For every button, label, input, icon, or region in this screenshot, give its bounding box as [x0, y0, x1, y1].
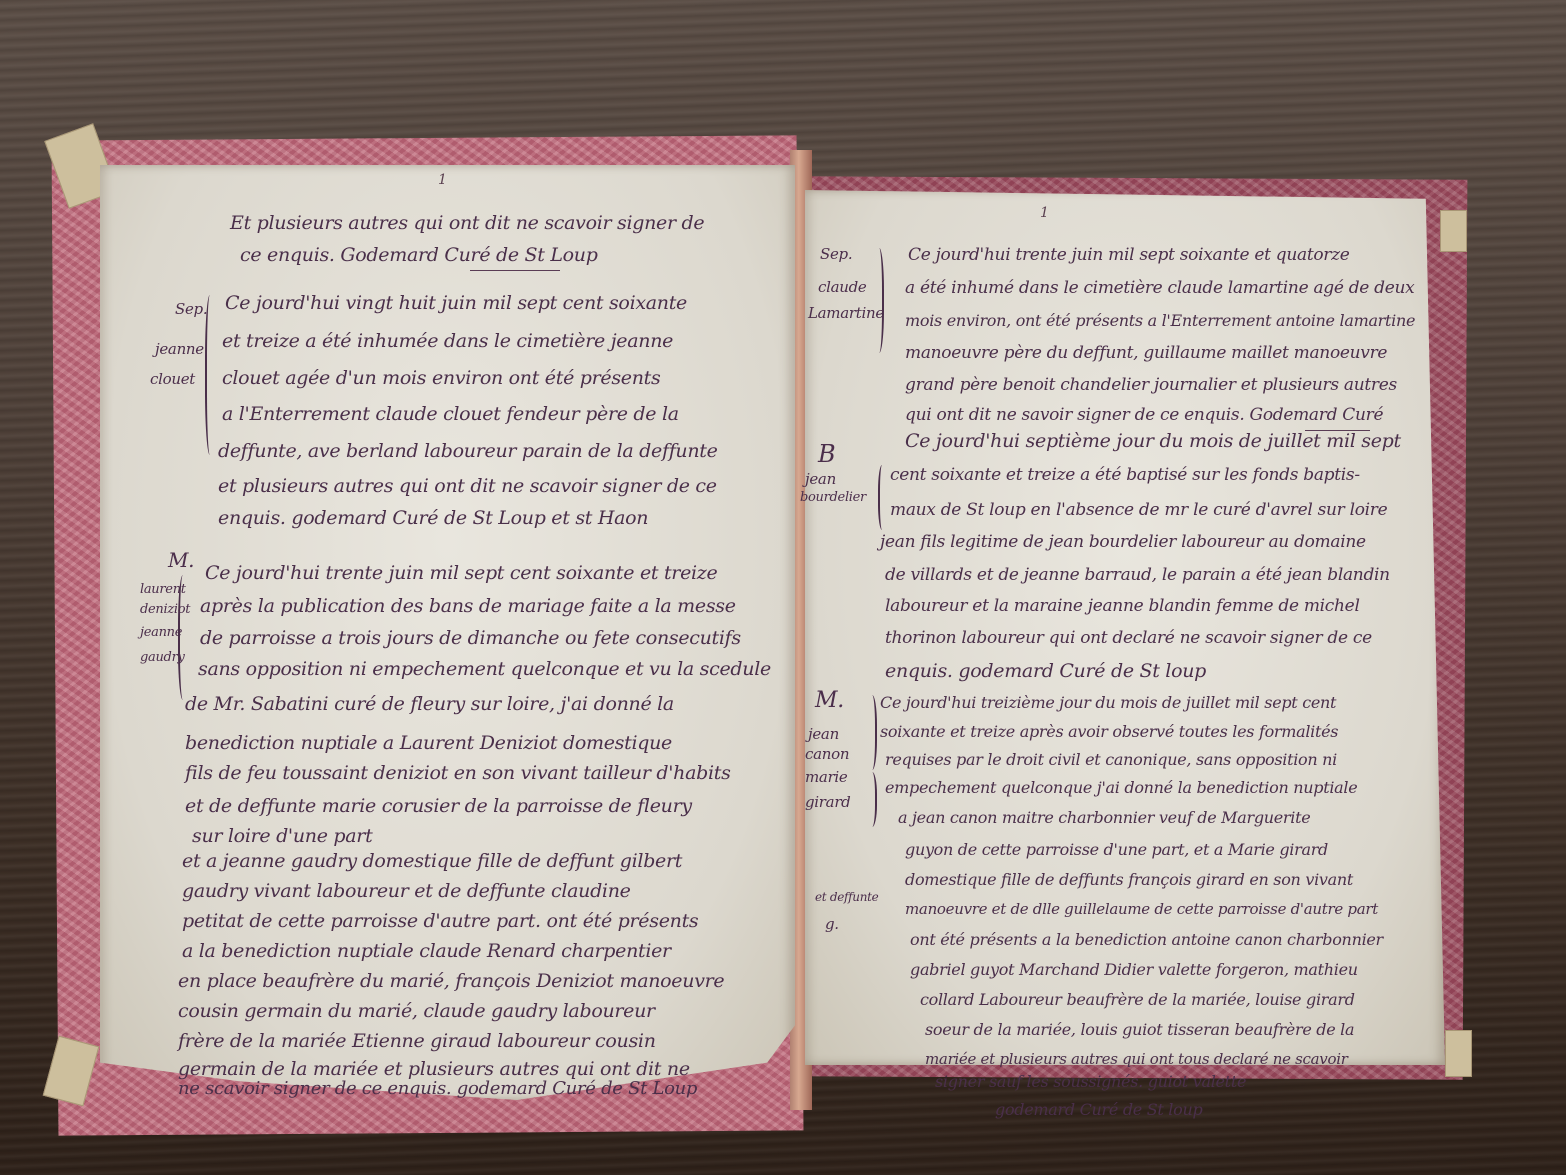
entry-line: ne scavoir signer de ce enquis. godemard…: [178, 1078, 697, 1099]
margin-note: et deffunte: [815, 890, 879, 904]
margin-brace: [878, 465, 888, 530]
margin-brace: [178, 575, 190, 700]
entry-line: petitat de cette parroisse d'autre part.…: [182, 910, 698, 932]
entry-line: gabriel guyot Marchand Didier valette fo…: [910, 960, 1358, 979]
entry-line: enquis. godemard Curé de St loup: [885, 660, 1206, 682]
entry-line: manoeuvre père du deffunt, guillaume mai…: [905, 343, 1387, 363]
entry-line: et treize a été inhumée dans le cimetièr…: [222, 330, 673, 352]
margin-brace: [872, 248, 884, 353]
entry-line: benediction nuptiale a Laurent Deniziot …: [185, 732, 672, 754]
entry-line: mariée et plusieurs autres qui ont tous …: [925, 1050, 1348, 1068]
entry-line: manoeuvre et de dlle guillelaume de cett…: [905, 900, 1378, 918]
entry-line: godemard Curé de St loup: [995, 1100, 1202, 1119]
entry-line: jean fils legitime de jean bourdelier la…: [880, 532, 1366, 552]
entry-line: sans opposition ni empechement quelconqu…: [198, 658, 771, 680]
entry-line: qui ont dit ne savoir signer de ce enqui…: [905, 405, 1383, 425]
margin-note: jeanne: [140, 625, 182, 640]
margin-brace: [865, 695, 877, 770]
margin-note: jean: [808, 725, 839, 743]
entry-line: et a jeanne gaudry domestique fille de d…: [182, 850, 682, 872]
entry-line: mois environ, ont été présents a l'Enter…: [905, 311, 1415, 330]
entry-line: empechement quelconque j'ai donné la ben…: [885, 778, 1357, 797]
entry-line: Et plusieurs autres qui ont dit ne scavo…: [230, 212, 704, 234]
entry-line: après la publication des bans de mariage…: [200, 595, 736, 617]
cover-corner-top-right: [1440, 210, 1467, 252]
entry-line: Ce jourd'hui trente juin mil sept soixan…: [908, 245, 1350, 265]
entry-line: frère de la mariée Etienne giraud labour…: [178, 1030, 656, 1052]
entry-line: collard Laboureur beaufrère de la mariée…: [920, 990, 1355, 1009]
separator-rule: [470, 270, 560, 271]
entry-line: Ce jourd'hui trente juin mil sept cent s…: [205, 562, 717, 584]
entry-line: domestique fille de deffunts françois gi…: [905, 870, 1353, 889]
margin-note: girard: [805, 793, 851, 811]
margin-note: marie: [805, 768, 848, 786]
entry-line: maux de St loup en l'absence de mr le cu…: [890, 500, 1387, 520]
entry-line: a la benediction nuptiale claude Renard …: [182, 940, 671, 962]
entry-line: ont été présents a la benediction antoin…: [910, 930, 1383, 949]
entry-line: thorinon laboureur qui ont declaré ne sc…: [885, 628, 1372, 648]
entry-line: requises par le droit civil et canonique…: [885, 750, 1337, 769]
entry-line: gaudry vivant laboureur et de deffunte c…: [182, 880, 631, 902]
entry-line: en place beaufrère du marié, françois De…: [178, 970, 724, 992]
entry-line: Ce jourd'hui treizième jour du mois de j…: [880, 693, 1336, 712]
margin-note: canon: [805, 745, 849, 763]
entry-line: de Mr. Sabatini curé de fleury sur loire…: [185, 693, 674, 715]
entry-line: de parroisse a trois jours de dimanche o…: [200, 627, 741, 649]
entry-line: guyon de cette parroisse d'une part, et …: [905, 840, 1328, 859]
entry-line: deffunte, ave berland laboureur parain d…: [218, 440, 718, 462]
margin-note: M.: [168, 548, 194, 572]
entry-line: grand père benoit chandelier journalier …: [905, 375, 1397, 395]
margin-note: clouet: [150, 370, 195, 388]
entry-line: enquis. godemard Curé de St Loup et st H…: [218, 507, 648, 529]
entry-line: ce enquis. Godemard Curé de St Loup: [240, 244, 598, 266]
entry-line: a été inhumé dans le cimetière claude la…: [905, 278, 1414, 298]
cover-corner-bottom-right: [1445, 1030, 1472, 1077]
entry-line: Ce jourd'hui vingt huit juin mil sept ce…: [225, 292, 687, 314]
entry-line: fils de feu toussaint deniziot en son vi…: [185, 762, 731, 784]
entry-line: soeur de la mariée, louis guiot tisseran…: [925, 1020, 1354, 1039]
entry-line: et de deffunte marie corusier de la parr…: [185, 795, 692, 817]
margin-note: M.: [815, 688, 844, 713]
entry-line: cousin germain du marié, claude gaudry l…: [178, 1000, 655, 1022]
entry-line: cent soixante et treize a été baptisé su…: [890, 465, 1360, 485]
margin-note: g.: [825, 915, 839, 933]
entry-line: et plusieurs autres qui ont dit ne scavo…: [218, 475, 717, 497]
entry-line: clouet agée d'un mois environ ont été pr…: [222, 367, 660, 389]
entry-line: soixante et treize après avoir observé t…: [880, 722, 1338, 741]
entry-line: a l'Enterrement claude clouet fendeur pè…: [222, 403, 679, 425]
entry-line: de villards et de jeanne barraud, le par…: [885, 565, 1390, 585]
margin-note: Sep.: [175, 300, 207, 318]
margin-note: jeanne: [155, 340, 204, 358]
left-page-number: 1: [438, 172, 447, 188]
entry-line: Ce jourd'hui septième jour du mois de ju…: [905, 430, 1401, 452]
margin-brace: [205, 295, 217, 455]
entry-line: a jean canon maitre charbonnier veuf de …: [898, 808, 1310, 827]
margin-note: claude: [818, 278, 866, 296]
margin-note: jean: [805, 470, 836, 488]
right-page-number: 1: [1040, 205, 1049, 221]
margin-note: B: [818, 440, 835, 468]
entry-line: signer sauf les soussignés. guiot valett…: [935, 1072, 1246, 1091]
entry-line: germain de la mariée et plusieurs autres…: [178, 1058, 690, 1080]
entry-line: laboureur et la maraine jeanne blandin f…: [885, 596, 1360, 616]
margin-note: Sep.: [820, 245, 852, 263]
margin-note: bourdelier: [800, 490, 866, 505]
entry-line: sur loire d'une part: [192, 825, 372, 847]
margin-brace: [865, 772, 877, 827]
